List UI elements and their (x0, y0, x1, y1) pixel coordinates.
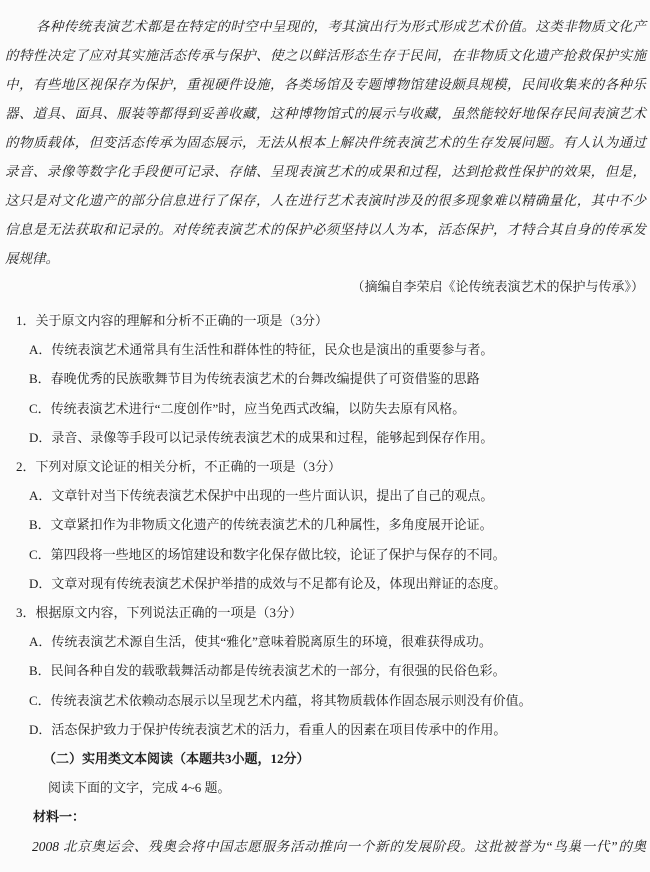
passage-line: 录音、录像等数字化手段便可记录、存储、呈现表演艺术的成果和过程，达到抢救性保护的… (5, 157, 646, 186)
passage-line: 器、道具、面具、服装等都得到妥善收藏，这种博物馆式的展示与收藏，虽然能较好地保存… (5, 99, 646, 128)
passage-line: 的物质载体，但变活态传承为固态展示，无法从根本上解决件统表演艺术的生存发展问题。… (5, 128, 646, 157)
passage-line: 各种传统表演艺术都是在特定的时空中呈现的，考其演出行为形式形成艺术价值。这类非物… (5, 12, 646, 41)
question-3: 3．根据原文内容，下列说法正确的一项是（3分） A．传统表演艺术源自生活，使其“… (5, 598, 646, 744)
option-d: D．文章对现有传统表演艺术保护举措的成效与不足都有论及，体现出辩证的态度。 (5, 569, 646, 598)
option-c: C．传统表演艺术进行“二度创作”时，应当免西式改编，以防失去原有风格。 (5, 394, 646, 423)
passage-line: 的特性决定了应对其实施活态传承与保护、使之以鲜活形态生存于民间，在非物质文化遗产… (5, 41, 646, 70)
question-stem: 3．根据原文内容，下列说法正确的一项是（3分） (5, 598, 646, 627)
questions-section: 1．关于原文内容的理解和分析不正确的一项是（3分） A．传统表演艺术通常具有生活… (5, 306, 646, 861)
question-stem: 2．下列对原文论证的相关分析，不正确的一项是（3分） (5, 452, 646, 481)
option-d: D．录音、录像等手段可以记录传统表演艺术的成果和过程，能够起到保存作用。 (5, 423, 646, 452)
option-a: A．传统表演艺术源自生活，使其“雅化”意味着脱离原生的环境，很难获得成功。 (5, 627, 646, 656)
option-c: C．第四段将一些地区的场馆建设和数字化保存做比较，论证了保护与保存的不同。 (5, 540, 646, 569)
question-2: 2．下列对原文论证的相关分析，不正确的一项是（3分） A．文章针对当下传统表演艺… (5, 452, 646, 598)
material-one-label: 材料一： (5, 802, 646, 831)
passage-line: 信息是无法获取和记录的。对传统表演艺术的保护必须坚持以人为本，活态保护，才特合其… (5, 215, 646, 244)
question-stem: 1．关于原文内容的理解和分析不正确的一项是（3分） (5, 306, 646, 335)
reading-passage: 各种传统表演艺术都是在特定的时空中呈现的，考其演出行为形式形成艺术价值。这类非物… (5, 12, 646, 273)
passage-line: 中，有些地区视保存为保护，重视硬件设施，各类场馆及专题博物馆建设颇具规模，民间收… (5, 70, 646, 99)
passage-attribution: （摘编自李荣启《论传统表演艺术的保护与传承》） (5, 273, 646, 301)
option-a: A．传统表演艺术通常具有生活性和群体性的特征，民众也是演出的重要参与者。 (5, 335, 646, 364)
option-b: B．春晚优秀的民族歌舞节目为传统表演艺术的台舞改编提供了可资借鉴的思路 (5, 364, 646, 393)
section-two-header: （二）实用类文本阅读（本题共3小题，12分） (5, 744, 646, 773)
passage-line: 这只是对文化遗产的部分信息进行了保存，人在进行艺术表演时涉及的很多现象难以精确量… (5, 186, 646, 215)
passage-line: 展规律。 (5, 244, 646, 273)
option-c: C．传统表演艺术依赖动态展示以呈现艺术内蕴，将其物质载体作固态展示则没有价值。 (5, 686, 646, 715)
option-b: B．民间各种自发的载歌载舞活动都是传统表演艺术的一部分，有很强的民俗色彩。 (5, 656, 646, 685)
material-first-line: 2008 北京奥运会、残奥会将中国志愿服务活动推向一个新的发展阶段。这批被誉为“… (5, 832, 646, 861)
question-1: 1．关于原文内容的理解和分析不正确的一项是（3分） A．传统表演艺术通常具有生活… (5, 306, 646, 452)
option-b: B．文章紧扣作为非物质文化遗产的传统表演艺术的几种属性，多角度展开论证。 (5, 510, 646, 539)
exam-page: 各种传统表演艺术都是在特定的时空中呈现的，考其演出行为形式形成艺术价值。这类非物… (0, 0, 650, 872)
option-d: D．活态保护致力于保护传统表演艺术的活力，看重人的因素在项目传承中的作用。 (5, 715, 646, 744)
reading-instruction: 阅读下面的文字，完成 4~6 题。 (5, 773, 646, 802)
option-a: A．文章针对当下传统表演艺术保护中出现的一些片面认识，提出了自己的观点。 (5, 481, 646, 510)
